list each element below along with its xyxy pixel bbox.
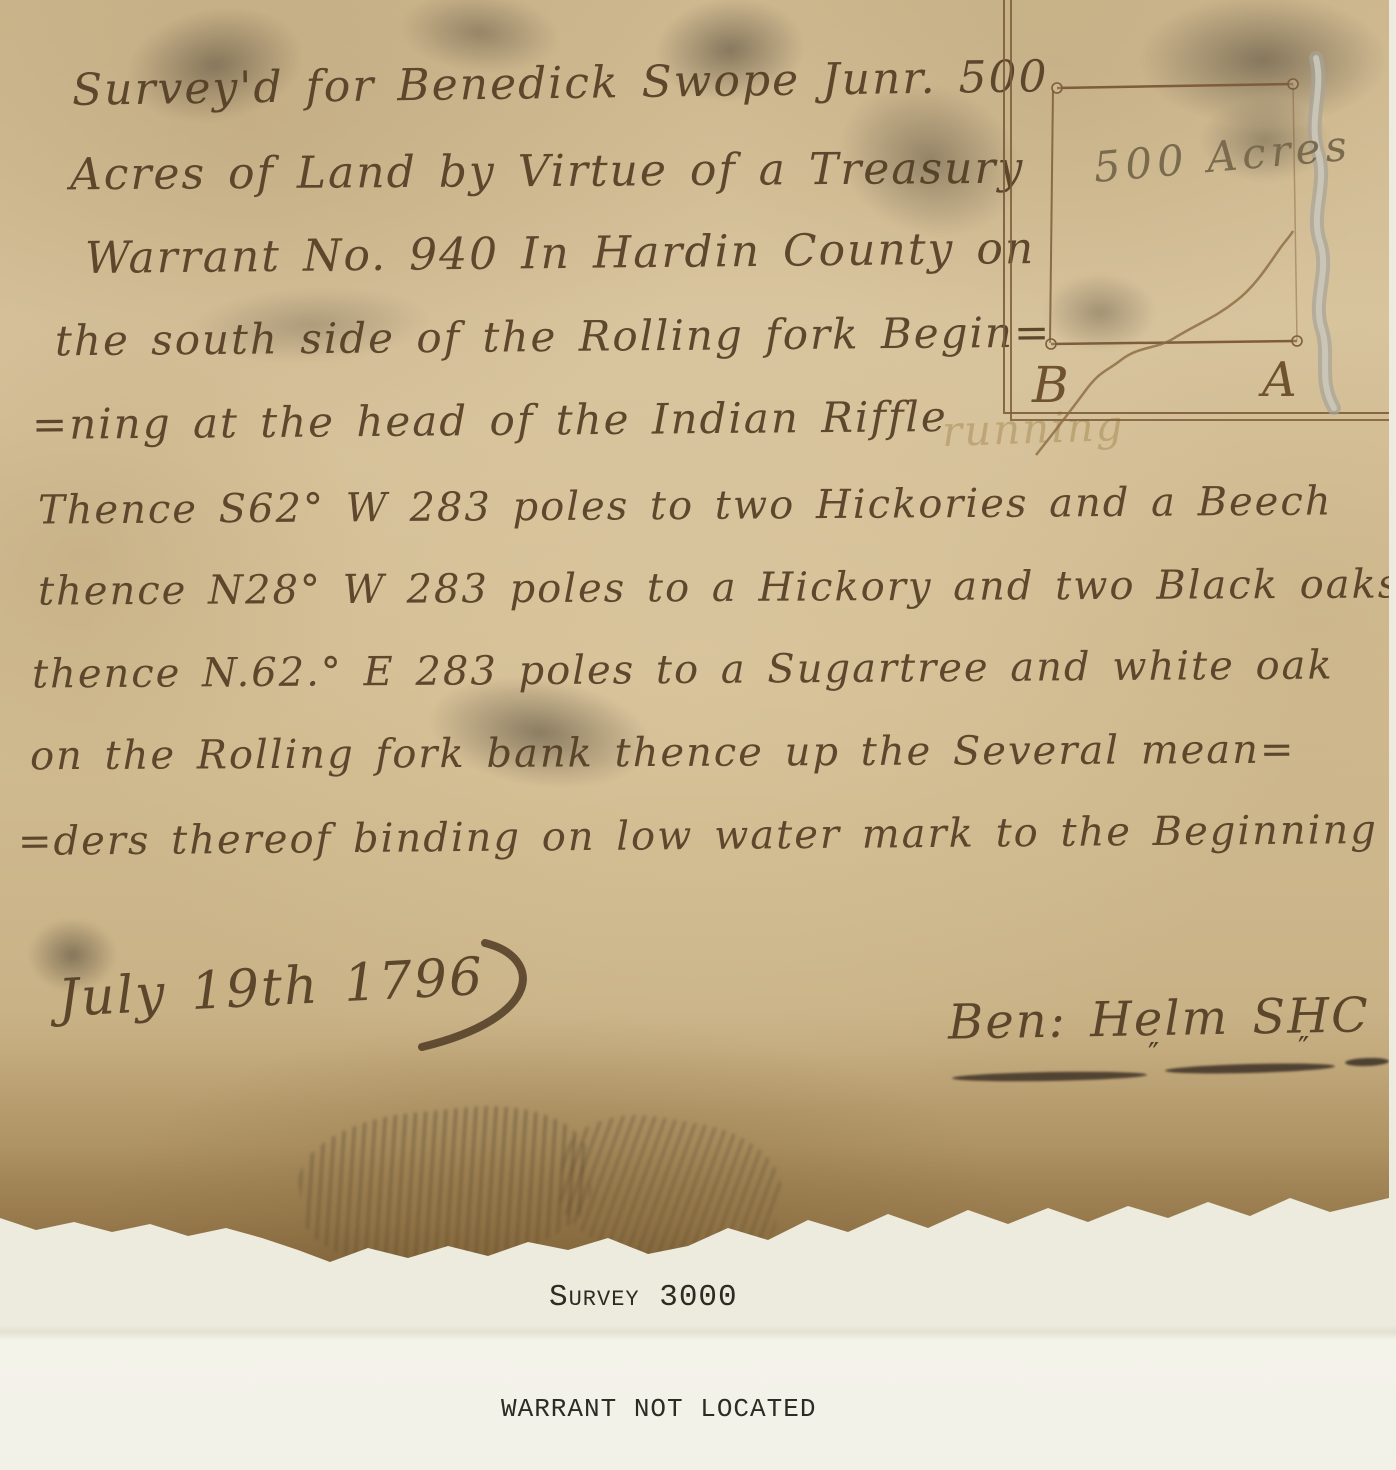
plat-corner-marker — [1288, 79, 1298, 89]
plat-square-bottom — [1051, 341, 1297, 344]
warrant-status-label: WARRANT NOT LOCATED — [501, 1396, 816, 1422]
handwritten-line: =ders thereof binding on low water mark … — [18, 810, 1378, 862]
plat-sketch: 500 Acres B A — [998, 0, 1389, 470]
plat-corner-a-label: A — [1258, 352, 1297, 408]
plat-corner-marker — [1292, 336, 1302, 346]
handwritten-line: Survey'd for Benedick Swope Junr. 500 — [72, 55, 1049, 113]
flourish-stroke — [422, 943, 523, 1047]
handwritten-line: on the Rolling fork bank thence up the S… — [30, 730, 1296, 777]
handwritten-line: thence N28° W 283 poles to a Hickory and… — [38, 564, 1396, 611]
handwritten-line: Thence S62° W 283 poles to two Hickories… — [38, 481, 1333, 530]
survey-number-label: Survey 3000 — [549, 1282, 738, 1313]
handwritten-line: =ning at the head of the Indian Riffle — [32, 396, 948, 446]
handwritten-line: thence N.62.° E 283 poles to a Sugartree… — [32, 645, 1334, 694]
plat-corner-marker — [1046, 339, 1056, 349]
date-flourish — [390, 935, 560, 1065]
plat-square-left — [1050, 90, 1053, 343]
handwritten-line: Acres of Land by Virtue of a Treasury — [70, 147, 1025, 198]
plat-square-right — [1293, 84, 1297, 341]
plat-square-top — [1057, 84, 1293, 88]
scanned-survey-page: Survey 3000 WARRANT NOT LOCATED Survey'd… — [0, 0, 1396, 1470]
bottom-stain — [0, 1050, 1389, 1262]
plat-corner-marker — [1052, 83, 1062, 93]
parchment-document: Survey'd for Benedick Swope Junr. 500 Ac… — [0, 0, 1389, 1262]
handwritten-line: the south side of the Rolling fork Begin… — [55, 312, 1052, 363]
handwritten-line: Warrant No. 940 In Hardin County on — [85, 227, 1036, 281]
plat-corner-b-label: B — [1031, 356, 1069, 414]
